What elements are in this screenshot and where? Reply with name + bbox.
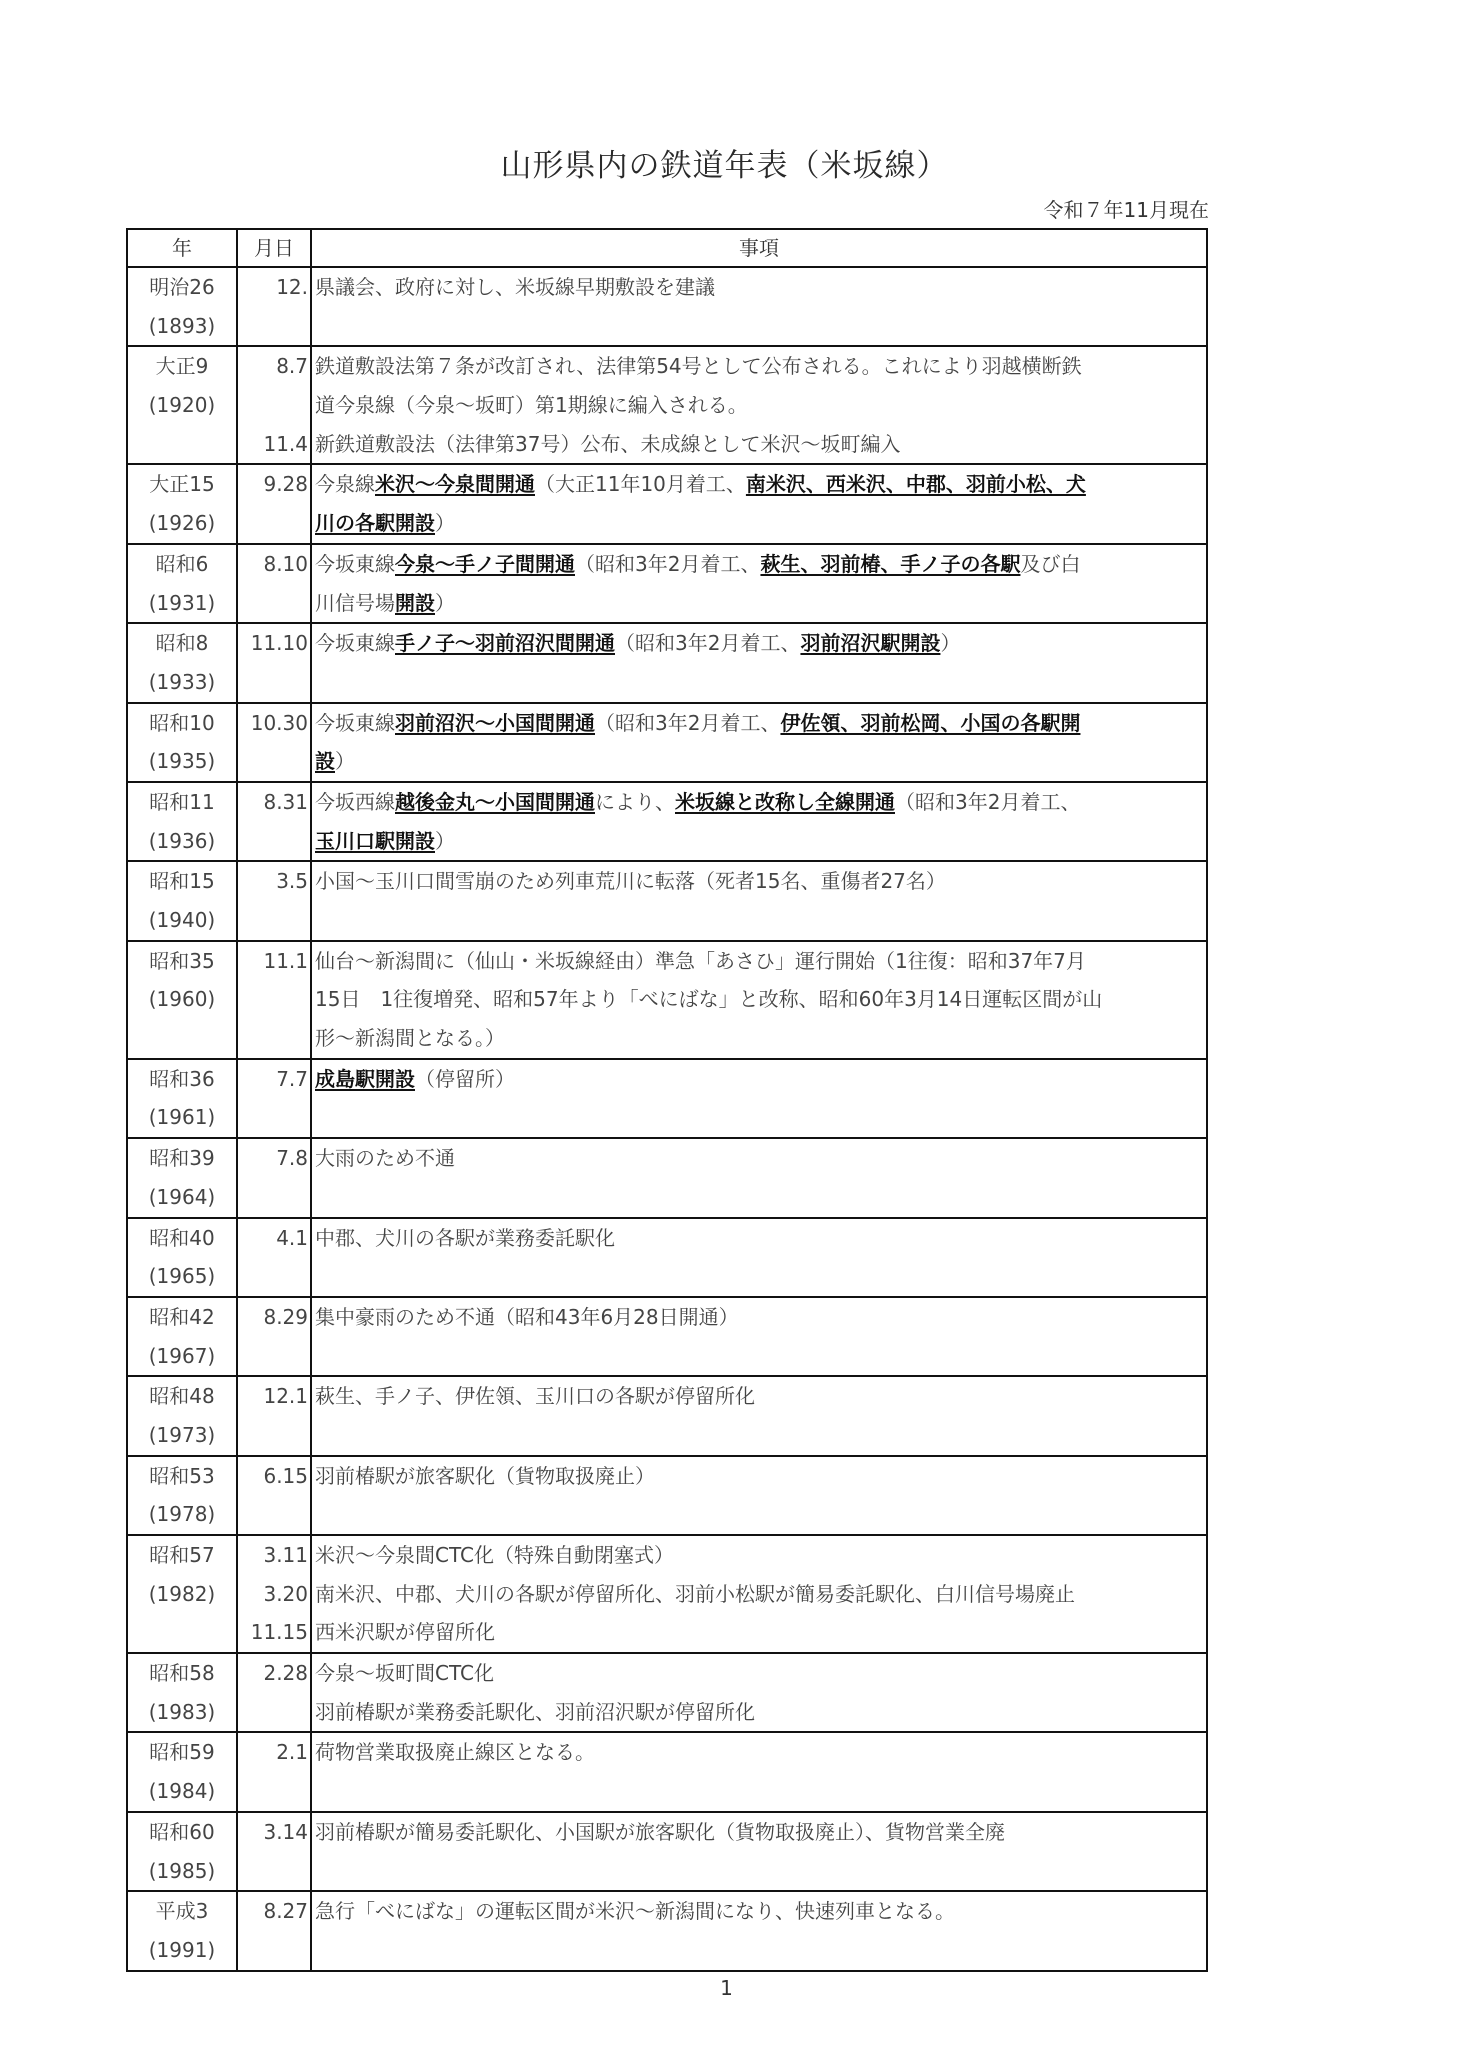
western-year: (1931)	[128, 584, 236, 623]
event-text: 今坂東線	[315, 552, 395, 576]
event-text: 仙台～新潟間に（仙山・米坂線経由）準急「あさひ」運行開始（1往復：昭和37年7月	[315, 949, 1086, 973]
table-body: 明治26(1893)12.県議会、政府に対し、米坂線早期敷設を建議大正9(192…	[127, 267, 1207, 1971]
month-day: 7.7	[238, 1060, 310, 1099]
month-day: 6.15	[238, 1457, 310, 1496]
era-year: 昭和15	[128, 862, 236, 901]
event-line: 今坂東線羽前沼沢～小国間開通（昭和3年2月着工、伊佐領、羽前松岡、小国の各駅開	[312, 704, 1206, 743]
date-cell: 10.30	[237, 703, 311, 782]
event-line: 仙台～新潟間に（仙山・米坂線経由）準急「あさひ」運行開始（1往復：昭和37年7月	[312, 942, 1206, 981]
event-cell: 萩生、手ノ子、伊佐領、玉川口の各駅が停留所化	[311, 1376, 1207, 1455]
event-text: 鉄道敷設法第７条が改訂され、法律第54号として公布される。これにより羽越横断鉄	[315, 354, 1082, 378]
event-text: 今坂西線	[315, 790, 395, 814]
event-text: ）	[435, 591, 455, 615]
event-line	[312, 307, 1206, 346]
month-day	[238, 307, 310, 346]
header-date: 月日	[237, 229, 311, 267]
event-highlight: 玉川口駅開設	[315, 829, 435, 853]
timeline-table: 年 月日 事項 明治26(1893)12.県議会、政府に対し、米坂線早期敷設を建…	[126, 228, 1208, 1972]
header-event: 事項	[311, 229, 1207, 267]
event-line: 今坂東線手ノ子～羽前沼沢間開通（昭和3年2月着工、羽前沼沢駅開設）	[312, 624, 1206, 663]
year-cell: 昭和35(1960)	[127, 941, 237, 1059]
era-year: 昭和48	[128, 1377, 236, 1416]
era-year: 昭和6	[128, 545, 236, 584]
event-highlight: 伊佐領、羽前松岡、小国の各駅開	[780, 711, 1080, 735]
event-cell: 大雨のため不通	[311, 1138, 1207, 1217]
event-line: 新鉄道敷設法（法律第37号）公布、未成線として米沢～坂町編入	[312, 425, 1206, 464]
event-line	[312, 1416, 1206, 1455]
western-year: (1967)	[128, 1337, 236, 1376]
month-day	[238, 742, 310, 781]
month-day	[238, 1019, 310, 1058]
date-cell: 3.5	[237, 861, 311, 940]
event-cell: 羽前椿駅が簡易委託駅化、小国駅が旅客駅化（貨物取扱廃止）、貨物営業全廃	[311, 1812, 1207, 1891]
year-cell: 昭和11(1936)	[127, 782, 237, 861]
event-text: （昭和3年2月着工、	[575, 552, 760, 576]
event-line	[312, 1852, 1206, 1891]
date-cell: 3.14	[237, 1812, 311, 1891]
document-title: 山形県内の鉄道年表（米坂線）	[0, 140, 1454, 185]
year-cell: 昭和36(1961)	[127, 1059, 237, 1138]
month-day: 8.7	[238, 347, 310, 386]
event-text: 南米沢、中郡、犬川の各駅が停留所化、羽前小松駅が簡易委託駅化、白川信号場廃止	[315, 1582, 1075, 1606]
event-line: 西米沢駅が停留所化	[312, 1613, 1206, 1652]
event-line: 県議会、政府に対し、米坂線早期敷設を建議	[312, 268, 1206, 307]
event-text: （昭和3年2月着工、	[895, 790, 1080, 814]
table-row: 昭和6(1931)8.10今坂東線今泉～手ノ子間開通（昭和3年2月着工、萩生、羽…	[127, 544, 1207, 623]
event-text: 今泉線	[315, 472, 375, 496]
event-highlight: 今泉～手ノ子間開通	[395, 552, 575, 576]
month-day	[238, 1772, 310, 1811]
event-highlight: 川の各駅開設	[315, 511, 435, 535]
month-day: 7.8	[238, 1139, 310, 1178]
event-line	[312, 1178, 1206, 1217]
event-text: （停留所）	[415, 1067, 515, 1091]
year-cell: 明治26(1893)	[127, 267, 237, 346]
era-year: 明治26	[128, 268, 236, 307]
event-line	[312, 1257, 1206, 1296]
table-row: 昭和48(1973)12.1萩生、手ノ子、伊佐領、玉川口の各駅が停留所化	[127, 1376, 1207, 1455]
date-cell: 8.29	[237, 1297, 311, 1376]
western-year: (1965)	[128, 1257, 236, 1296]
era-year: 昭和39	[128, 1139, 236, 1178]
date-cell: 4.1	[237, 1218, 311, 1297]
month-day	[238, 1178, 310, 1217]
era-year: 昭和35	[128, 942, 236, 981]
era-year: 昭和8	[128, 624, 236, 663]
event-highlight: 成島駅開設	[315, 1067, 415, 1091]
table-row: 昭和8(1933)11.10今坂東線手ノ子～羽前沼沢間開通（昭和3年2月着工、羽…	[127, 623, 1207, 702]
month-day: 12.	[238, 268, 310, 307]
month-day: 8.29	[238, 1298, 310, 1337]
month-day: 2.28	[238, 1654, 310, 1693]
month-day	[238, 1852, 310, 1891]
event-text: 小国～玉川口間雪崩のため列車荒川に転落（死者15名、重傷者27名）	[315, 869, 946, 893]
date-cell: 8.27	[237, 1891, 311, 1970]
month-day	[238, 1257, 310, 1296]
date-cell: 7.7	[237, 1059, 311, 1138]
western-year: (1964)	[128, 1178, 236, 1217]
month-day: 8.31	[238, 783, 310, 822]
event-cell: 成島駅開設（停留所）	[311, 1059, 1207, 1138]
table-row: 明治26(1893)12.県議会、政府に対し、米坂線早期敷設を建議	[127, 267, 1207, 346]
table-row: 昭和36(1961)7.7成島駅開設（停留所）	[127, 1059, 1207, 1138]
event-line: 設）	[312, 742, 1206, 781]
month-day: 2.1	[238, 1733, 310, 1772]
month-day: 11.4	[238, 425, 310, 464]
month-day	[238, 1416, 310, 1455]
header-year: 年	[127, 229, 237, 267]
event-highlight: 越後金丸～小国間開通	[395, 790, 595, 814]
event-text: 西米沢駅が停留所化	[315, 1620, 495, 1644]
event-text: 今坂東線	[315, 711, 395, 735]
event-cell: 今坂東線今泉～手ノ子間開通（昭和3年2月着工、萩生、羽前椿、手ノ子の各駅及び白川…	[311, 544, 1207, 623]
era-year: 昭和10	[128, 704, 236, 743]
event-text: により、	[595, 790, 675, 814]
year-cell: 大正9(1920)	[127, 346, 237, 464]
era-year: 昭和11	[128, 783, 236, 822]
event-text: 道今泉線（今泉～坂町）第1期線に編入される。	[315, 393, 748, 417]
western-year: (1982)	[128, 1575, 236, 1614]
date-cell: 11.1	[237, 941, 311, 1059]
table-row: 昭和35(1960)11.1仙台～新潟間に（仙山・米坂線経由）準急「あさひ」運行…	[127, 941, 1207, 1059]
month-day: 4.1	[238, 1219, 310, 1258]
year-cell: 平成3(1991)	[127, 1891, 237, 1970]
date-cell: 9.28	[237, 464, 311, 543]
date-cell: 12.1	[237, 1376, 311, 1455]
event-cell: 荷物営業取扱廃止線区となる。	[311, 1732, 1207, 1811]
era-year: 昭和53	[128, 1457, 236, 1496]
event-highlight: 米沢～今泉間開通	[375, 472, 535, 496]
event-line: 玉川口駅開設）	[312, 822, 1206, 861]
date-cell: 8.31	[237, 782, 311, 861]
table-row: 昭和53(1978)6.15羽前椿駅が旅客駅化（貨物取扱廃止）	[127, 1456, 1207, 1535]
western-year: (1960)	[128, 980, 236, 1019]
table-row: 昭和60(1985)3.14羽前椿駅が簡易委託駅化、小国駅が旅客駅化（貨物取扱廃…	[127, 1812, 1207, 1891]
event-line	[312, 901, 1206, 940]
event-text: 羽前椿駅が旅客駅化（貨物取扱廃止）	[315, 1464, 655, 1488]
event-line: 萩生、手ノ子、伊佐領、玉川口の各駅が停留所化	[312, 1377, 1206, 1416]
month-day: 12.1	[238, 1377, 310, 1416]
event-highlight: 羽前沼沢駅開設	[800, 631, 940, 655]
event-text: 急行「べにばな」の運転区間が米沢～新潟間になり、快速列車となる。	[315, 1899, 955, 1923]
year-cell: 昭和48(1973)	[127, 1376, 237, 1455]
year-cell: 昭和6(1931)	[127, 544, 237, 623]
month-day	[238, 386, 310, 425]
table-row: 大正9(1920)8.711.4鉄道敷設法第７条が改訂され、法律第54号として公…	[127, 346, 1207, 464]
month-day: 8.10	[238, 545, 310, 584]
month-day: 11.15	[238, 1613, 310, 1652]
event-line	[312, 1772, 1206, 1811]
table-row: 昭和11(1936)8.31今坂西線越後金丸～小国間開通により、米坂線と改称し全…	[127, 782, 1207, 861]
western-year: (1936)	[128, 822, 236, 861]
event-text: 大雨のため不通	[315, 1146, 455, 1170]
event-line: 羽前椿駅が業務委託駅化、羽前沼沢駅が停留所化	[312, 1693, 1206, 1732]
event-text: 羽前椿駅が業務委託駅化、羽前沼沢駅が停留所化	[315, 1700, 755, 1724]
western-year: (1940)	[128, 901, 236, 940]
month-day	[238, 504, 310, 543]
event-line: 大雨のため不通	[312, 1139, 1206, 1178]
event-cell: 仙台～新潟間に（仙山・米坂線経由）準急「あさひ」運行開始（1往復：昭和37年7月…	[311, 941, 1207, 1059]
event-text: ）	[940, 631, 960, 655]
event-cell: 米沢～今泉間CTC化（特殊自動閉塞式）南米沢、中郡、犬川の各駅が停留所化、羽前小…	[311, 1535, 1207, 1653]
event-line: 集中豪雨のため不通（昭和43年6月28日開通）	[312, 1298, 1206, 1337]
event-line: 急行「べにばな」の運転区間が米沢～新潟間になり、快速列車となる。	[312, 1892, 1206, 1931]
event-cell: 中郡、犬川の各駅が業務委託駅化	[311, 1218, 1207, 1297]
western-year: (1926)	[128, 504, 236, 543]
western-year: (1961)	[128, 1098, 236, 1137]
event-highlight: 開設	[395, 591, 435, 615]
month-day: 3.11	[238, 1536, 310, 1575]
event-text: （昭和3年2月着工、	[595, 711, 780, 735]
event-text: 荷物営業取扱廃止線区となる。	[315, 1740, 595, 1764]
table-row: 昭和58(1983)2.28今泉～坂町間CTC化羽前椿駅が業務委託駅化、羽前沼沢…	[127, 1653, 1207, 1732]
event-text: （昭和3年2月着工、	[615, 631, 800, 655]
event-text: （大正11年10月着工、	[535, 472, 746, 496]
event-highlight: 米坂線と改称し全線開通	[675, 790, 895, 814]
event-text: 形～新潟間となる。）	[315, 1026, 505, 1050]
event-highlight: 萩生、羽前椿、手ノ子の各駅	[760, 552, 1020, 576]
table-row: 昭和39(1964)7.8大雨のため不通	[127, 1138, 1207, 1217]
event-cell: 羽前椿駅が旅客駅化（貨物取扱廃止）	[311, 1456, 1207, 1535]
date-cell: 6.15	[237, 1456, 311, 1535]
event-cell: 県議会、政府に対し、米坂線早期敷設を建議	[311, 267, 1207, 346]
event-line	[312, 1337, 1206, 1376]
event-line: 15日 1往復増発、昭和57年より「べにばな」と改称、昭和60年3月14日運転区…	[312, 980, 1206, 1019]
month-day	[238, 980, 310, 1019]
event-highlight: 手ノ子～羽前沼沢間開通	[395, 631, 615, 655]
event-line: 川信号場開設）	[312, 584, 1206, 623]
event-line	[312, 663, 1206, 702]
event-text: 中郡、犬川の各駅が業務委託駅化	[315, 1226, 615, 1250]
date-cell: 12.	[237, 267, 311, 346]
event-text: ）	[435, 511, 455, 535]
month-day: 11.1	[238, 942, 310, 981]
event-line: 今坂東線今泉～手ノ子間開通（昭和3年2月着工、萩生、羽前椿、手ノ子の各駅及び白	[312, 545, 1206, 584]
event-highlight: 羽前沼沢～小国間開通	[395, 711, 595, 735]
event-cell: 今坂東線手ノ子～羽前沼沢間開通（昭和3年2月着工、羽前沼沢駅開設）	[311, 623, 1207, 702]
western-year: (1920)	[128, 386, 236, 425]
event-line: 成島駅開設（停留所）	[312, 1060, 1206, 1099]
year-cell: 昭和57(1982)	[127, 1535, 237, 1653]
table-row: 昭和57(1982)3.113.2011.15米沢～今泉間CTC化（特殊自動閉塞…	[127, 1535, 1207, 1653]
western-year: (1985)	[128, 1852, 236, 1891]
event-text: 今泉～坂町間CTC化	[315, 1661, 494, 1685]
event-text: ）	[435, 829, 455, 853]
event-line	[312, 1098, 1206, 1137]
event-cell: 今泉線米沢～今泉間開通（大正11年10月着工、南米沢、西米沢、中郡、羽前小松、犬…	[311, 464, 1207, 543]
table-row: 昭和42(1967)8.29集中豪雨のため不通（昭和43年6月28日開通）	[127, 1297, 1207, 1376]
table-row: 平成3(1991)8.27急行「べにばな」の運転区間が米沢～新潟間になり、快速列…	[127, 1891, 1207, 1970]
event-text: 萩生、手ノ子、伊佐領、玉川口の各駅が停留所化	[315, 1384, 755, 1408]
event-cell: 今泉～坂町間CTC化羽前椿駅が業務委託駅化、羽前沼沢駅が停留所化	[311, 1653, 1207, 1732]
western-year: (1933)	[128, 663, 236, 702]
event-highlight: 設	[315, 749, 335, 773]
date-cell: 2.1	[237, 1732, 311, 1811]
era-year: 昭和58	[128, 1654, 236, 1693]
event-cell: 今坂東線羽前沼沢～小国間開通（昭和3年2月着工、伊佐領、羽前松岡、小国の各駅開設…	[311, 703, 1207, 782]
year-cell: 昭和10(1935)	[127, 703, 237, 782]
as-of-date: 令和７年11月現在	[1044, 194, 1209, 223]
event-text: 米沢～今泉間CTC化（特殊自動閉塞式）	[315, 1543, 674, 1567]
date-cell: 2.28	[237, 1653, 311, 1732]
event-cell: 集中豪雨のため不通（昭和43年6月28日開通）	[311, 1297, 1207, 1376]
month-day	[238, 1098, 310, 1137]
event-line: 川の各駅開設）	[312, 504, 1206, 543]
event-line: 今坂西線越後金丸～小国間開通により、米坂線と改称し全線開通（昭和3年2月着工、	[312, 783, 1206, 822]
era-year: 昭和40	[128, 1219, 236, 1258]
year-cell: 昭和53(1978)	[127, 1456, 237, 1535]
event-line	[312, 1495, 1206, 1534]
year-cell: 昭和39(1964)	[127, 1138, 237, 1217]
event-line: 今泉～坂町間CTC化	[312, 1654, 1206, 1693]
year-cell: 昭和8(1933)	[127, 623, 237, 702]
event-cell: 急行「べにばな」の運転区間が米沢～新潟間になり、快速列車となる。	[311, 1891, 1207, 1970]
event-text: 県議会、政府に対し、米坂線早期敷設を建議	[315, 275, 715, 299]
event-line: 鉄道敷設法第７条が改訂され、法律第54号として公布される。これにより羽越横断鉄	[312, 347, 1206, 386]
page-number: 1	[0, 1976, 1456, 2000]
table-row: 大正15(1926)9.28今泉線米沢～今泉間開通（大正11年10月着工、南米沢…	[127, 464, 1207, 543]
year-cell: 昭和42(1967)	[127, 1297, 237, 1376]
year-cell: 昭和58(1983)	[127, 1653, 237, 1732]
era-year: 昭和57	[128, 1536, 236, 1575]
month-day	[238, 901, 310, 940]
event-line: 形～新潟間となる。）	[312, 1019, 1206, 1058]
month-day: 8.27	[238, 1892, 310, 1931]
date-cell: 3.113.2011.15	[237, 1535, 311, 1653]
month-day: 3.20	[238, 1575, 310, 1614]
month-day: 9.28	[238, 465, 310, 504]
month-day: 3.5	[238, 862, 310, 901]
western-year: (1973)	[128, 1416, 236, 1455]
table-row: 昭和40(1965)4.1中郡、犬川の各駅が業務委託駅化	[127, 1218, 1207, 1297]
year-cell: 昭和60(1985)	[127, 1812, 237, 1891]
month-day	[238, 663, 310, 702]
event-cell: 小国～玉川口間雪崩のため列車荒川に転落（死者15名、重傷者27名）	[311, 861, 1207, 940]
event-line: 今泉線米沢～今泉間開通（大正11年10月着工、南米沢、西米沢、中郡、羽前小松、犬	[312, 465, 1206, 504]
year-cell: 昭和40(1965)	[127, 1218, 237, 1297]
month-day	[238, 1495, 310, 1534]
year-cell: 昭和15(1940)	[127, 861, 237, 940]
event-line: 小国～玉川口間雪崩のため列車荒川に転落（死者15名、重傷者27名）	[312, 862, 1206, 901]
event-line	[312, 1931, 1206, 1970]
event-highlight: 南米沢、西米沢、中郡、羽前小松、犬	[746, 472, 1086, 496]
table-header-row: 年 月日 事項	[127, 229, 1207, 267]
event-text: 及び白	[1020, 552, 1080, 576]
event-line: 米沢～今泉間CTC化（特殊自動閉塞式）	[312, 1536, 1206, 1575]
table-row: 昭和10(1935)10.30今坂東線羽前沼沢～小国間開通（昭和3年2月着工、伊…	[127, 703, 1207, 782]
month-day	[238, 584, 310, 623]
era-year: 平成3	[128, 1892, 236, 1931]
table-row: 昭和15(1940)3.5小国～玉川口間雪崩のため列車荒川に転落（死者15名、重…	[127, 861, 1207, 940]
event-line: 羽前椿駅が旅客駅化（貨物取扱廃止）	[312, 1457, 1206, 1496]
month-day: 11.10	[238, 624, 310, 663]
event-text: 15日 1往復増発、昭和57年より「べにばな」と改称、昭和60年3月14日運転区…	[315, 987, 1102, 1011]
event-line: 南米沢、中郡、犬川の各駅が停留所化、羽前小松駅が簡易委託駅化、白川信号場廃止	[312, 1575, 1206, 1614]
date-cell: 8.10	[237, 544, 311, 623]
event-cell: 鉄道敷設法第７条が改訂され、法律第54号として公布される。これにより羽越横断鉄道…	[311, 346, 1207, 464]
western-year: (1983)	[128, 1693, 236, 1732]
date-cell: 8.711.4	[237, 346, 311, 464]
event-line: 羽前椿駅が簡易委託駅化、小国駅が旅客駅化（貨物取扱廃止）、貨物営業全廃	[312, 1813, 1206, 1852]
year-cell: 昭和59(1984)	[127, 1732, 237, 1811]
western-year: (1978)	[128, 1495, 236, 1534]
event-line: 道今泉線（今泉～坂町）第1期線に編入される。	[312, 386, 1206, 425]
era-year: 大正9	[128, 347, 236, 386]
month-day	[238, 1337, 310, 1376]
table-row: 昭和59(1984)2.1荷物営業取扱廃止線区となる。	[127, 1732, 1207, 1811]
month-day	[238, 1693, 310, 1732]
event-text: 新鉄道敷設法（法律第37号）公布、未成線として米沢～坂町編入	[315, 432, 900, 456]
era-year: 大正15	[128, 465, 236, 504]
month-day: 10.30	[238, 704, 310, 743]
event-text: 今坂東線	[315, 631, 395, 655]
western-year: (1984)	[128, 1772, 236, 1811]
era-year: 昭和60	[128, 1813, 236, 1852]
era-year: 昭和59	[128, 1733, 236, 1772]
date-cell: 11.10	[237, 623, 311, 702]
month-day: 3.14	[238, 1813, 310, 1852]
western-year: (1935)	[128, 742, 236, 781]
month-day	[238, 822, 310, 861]
event-line: 荷物営業取扱廃止線区となる。	[312, 1733, 1206, 1772]
event-text: 川信号場	[315, 591, 395, 615]
event-line: 中郡、犬川の各駅が業務委託駅化	[312, 1219, 1206, 1258]
date-cell: 7.8	[237, 1138, 311, 1217]
month-day	[238, 1931, 310, 1970]
event-text: 羽前椿駅が簡易委託駅化、小国駅が旅客駅化（貨物取扱廃止）、貨物営業全廃	[315, 1820, 1005, 1844]
event-cell: 今坂西線越後金丸～小国間開通により、米坂線と改称し全線開通（昭和3年2月着工、玉…	[311, 782, 1207, 861]
era-year: 昭和42	[128, 1298, 236, 1337]
event-text: ）	[335, 749, 355, 773]
western-year: (1893)	[128, 307, 236, 346]
era-year: 昭和36	[128, 1060, 236, 1099]
western-year: (1991)	[128, 1931, 236, 1970]
event-text: 集中豪雨のため不通（昭和43年6月28日開通）	[315, 1305, 739, 1329]
year-cell: 大正15(1926)	[127, 464, 237, 543]
